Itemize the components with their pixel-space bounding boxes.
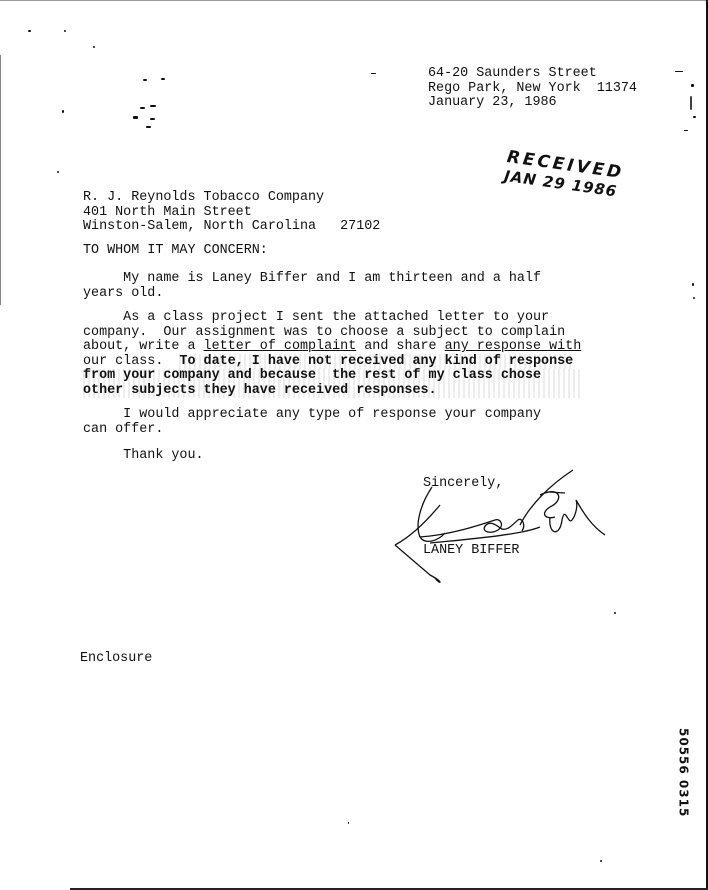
smudged-line: from your company and because the rest o… (83, 369, 581, 384)
paragraph-line: about, write a letter of complaint and s… (83, 340, 581, 355)
recipient-company: R. J. Reynolds Tobacco Company (83, 191, 380, 206)
paragraph-intro: My name is Laney Biffer and I am thirtee… (83, 272, 541, 301)
scan-speck (690, 96, 692, 110)
scan-speck (28, 30, 31, 32)
scan-speck (93, 46, 95, 48)
paragraph-line: years old. (83, 287, 541, 302)
letter-page: 64-20 Saunders StreetRego Park, New York… (0, 0, 708, 890)
scan-speck (64, 30, 66, 32)
scan-speck (57, 171, 59, 173)
paragraph-line: I would appreciate any type of response … (83, 408, 541, 423)
scan-speck (693, 297, 695, 299)
text-span: our class. (83, 354, 179, 369)
sender-street: 64-20 Saunders Street (428, 67, 637, 82)
scan-speck (675, 71, 683, 72)
scan-speck (693, 116, 696, 118)
recipient-street: 401 North Main Street (83, 206, 380, 221)
sender-city: Rego Park, New York 11374 (428, 82, 637, 97)
scan-speck (691, 84, 694, 87)
paragraph-line: our class. To date, I have not received … (83, 355, 581, 370)
paragraph-request: I would appreciate any type of response … (83, 408, 541, 437)
text-span: about, write a (83, 339, 204, 354)
bates-number: 50556 0315 (676, 728, 691, 817)
text-span: and share (356, 339, 444, 354)
paragraph-line: As a class project I sent the attached l… (83, 311, 581, 326)
scan-speck (140, 107, 145, 109)
salutation: TO WHOM IT MAY CONCERN: (83, 244, 268, 259)
underlined-text: letter of complaint (204, 339, 357, 354)
received-stamp: RECEIVED JAN 29 1986 (503, 150, 624, 199)
scan-speck (600, 860, 602, 862)
signature-image (390, 465, 620, 585)
scan-speck (684, 130, 688, 131)
scan-speck (133, 116, 138, 119)
scan-speck (692, 283, 694, 286)
sender-address: 64-20 Saunders StreetRego Park, New York… (428, 67, 637, 111)
paragraph-line: My name is Laney Biffer and I am thirtee… (83, 272, 541, 287)
scan-speck (62, 110, 64, 113)
smudged-text: To date, I have not received any kind of… (179, 354, 573, 369)
scan-speck (161, 78, 165, 80)
smudged-line: other subjects they have received respon… (83, 384, 581, 399)
recipient-address: R. J. Reynolds Tobacco Company401 North … (83, 191, 380, 235)
scan-edge-left (0, 55, 1, 305)
underlined-text: any response with (445, 339, 582, 354)
paragraph-project: As a class project I sent the attached l… (83, 311, 581, 398)
paragraph-line: can offer. (83, 423, 541, 438)
scan-speck (150, 105, 156, 107)
paragraph-line: company. Our assignment was to choose a … (83, 326, 581, 341)
scan-speck (150, 118, 155, 120)
scan-speck (371, 73, 376, 74)
scan-speck (348, 822, 349, 824)
recipient-city: Winston-Salem, North Carolina 27102 (83, 220, 380, 235)
letter-date: January 23, 1986 (428, 96, 637, 111)
enclosure-note: Enclosure (80, 652, 152, 667)
scan-edge-top (0, 0, 708, 1)
scan-speck (614, 612, 616, 614)
scan-speck (146, 126, 151, 128)
paragraph-thanks: Thank you. (83, 449, 204, 464)
signer-name: LANEY BIFFER (423, 544, 519, 559)
scan-speck (143, 79, 147, 81)
